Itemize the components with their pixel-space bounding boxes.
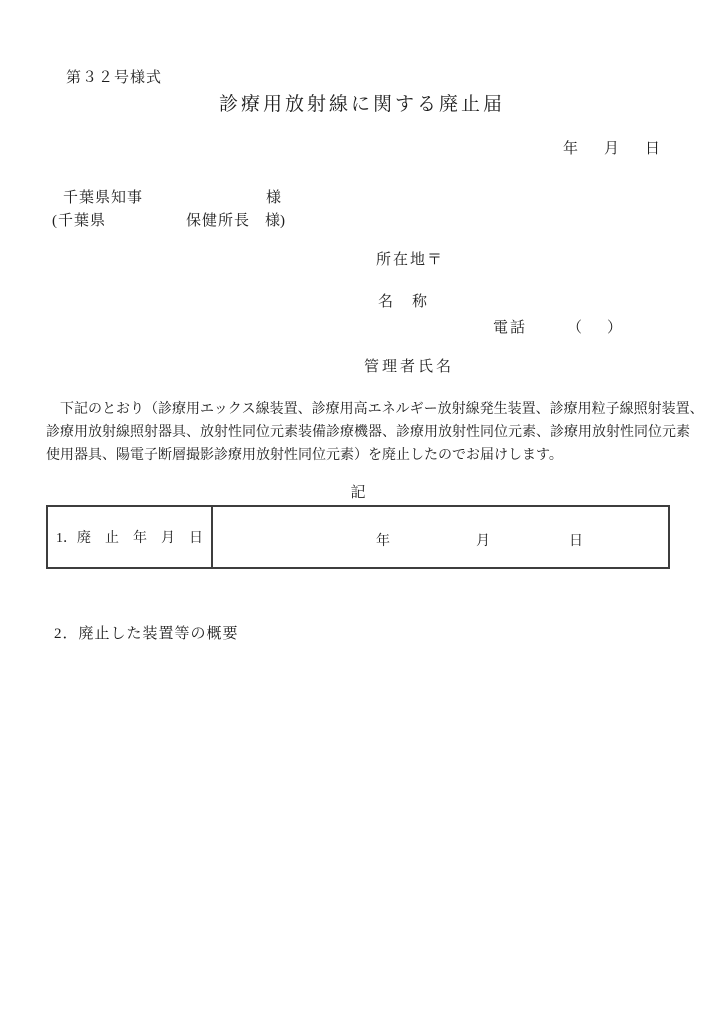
table-month-label: 月 <box>476 530 490 550</box>
item2-abolished-equipment-heading: 2．廃止した装置等の概要 <box>54 622 239 643</box>
table-year-label: 年 <box>376 530 390 550</box>
date-year-label: 年 <box>563 137 578 158</box>
applicant-manager-label: 管理者氏名 <box>364 355 454 376</box>
addressee-governor-honorific: 様 <box>266 186 281 207</box>
body-line-1: 下記のとおり（診療用エックス線装置、診療用高エネルギー放射線発生装置、診療用粒子… <box>46 398 696 421</box>
document-page: 第３２号様式 診療用放射線に関する廃止届 年 月 日 千葉県知事 様 (千葉県 … <box>0 0 724 1024</box>
addressee-prefecture-paren: (千葉県 <box>52 209 106 230</box>
record-heading: 記 <box>46 481 670 502</box>
form-number: 第３２号様式 <box>66 66 162 87</box>
phone-paren-close: ） <box>607 316 622 337</box>
applicant-phone-label: 電話 <box>493 316 527 337</box>
body-line-3: 使用器具、陽電子断層撮影診療用放射性同位元素）を廃止したのでお届けします。 <box>46 444 696 467</box>
date-month-label: 月 <box>604 137 619 158</box>
abolition-date-row-label: 1．廃 止 年 月 日 <box>48 507 213 567</box>
body-line-2: 診療用放射線照射器具、放射性同位元素装備診療機器、診療用放射性同位元素、診療用放… <box>46 421 696 444</box>
document-title: 診療用放射線に関する廃止届 <box>0 89 724 116</box>
abolition-date-value-cell: 年 月 日 <box>213 507 668 567</box>
addressee-governor: 千葉県知事 <box>63 186 143 207</box>
addressee-director-honorific: 様) <box>265 209 285 230</box>
table-day-label: 日 <box>569 530 583 550</box>
body-paragraph: 下記のとおり（診療用エックス線装置、診療用高エネルギー放射線発生装置、診療用粒子… <box>46 398 696 467</box>
applicant-name-label: 名 称 <box>378 290 429 311</box>
date-day-label: 日 <box>645 137 660 158</box>
addressee-health-director: 保健所長 <box>186 209 250 230</box>
applicant-address-label: 所在地〒 <box>376 248 444 269</box>
date-line: 年 月 日 <box>563 137 660 158</box>
abolition-date-table: 1．廃 止 年 月 日 年 月 日 <box>46 505 670 569</box>
phone-paren-open: （ <box>567 316 582 337</box>
